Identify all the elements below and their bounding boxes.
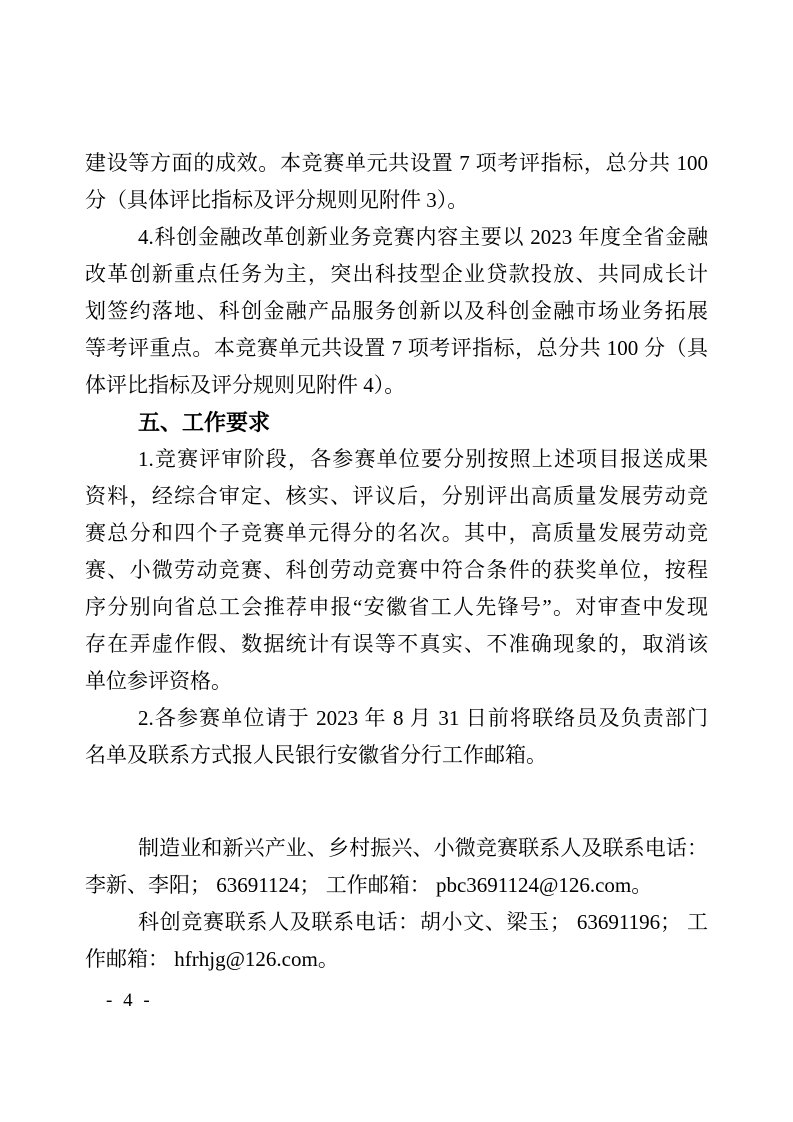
paragraph-spacer: [85, 774, 708, 830]
text-line: 划签约落地、科创金融产品服务创新以及科创金融市场业务拓展: [85, 293, 708, 330]
paragraph: 建设等方面的成效。本竞赛单元共设置 7 项考评指标，总分共 100分（具体评比指…: [85, 145, 708, 219]
paragraph: 科创竞赛联系人及联系电话：胡小文、梁玉； 63691196； 工作邮箱： hfr…: [85, 904, 708, 978]
text-line: 序分别向省总工会推荐申报“安徽省工人先锋号”。对审查中发现: [85, 589, 708, 626]
text-line: 4.科创金融改革创新业务竞赛内容主要以 2023 年度全省金融: [85, 219, 708, 256]
text-line: 作邮箱： hfrhjg@126.com。: [85, 941, 708, 978]
text-line: 存在弄虚作假、数据统计有误等不真实、不准确现象的，取消该: [85, 626, 708, 663]
section-heading: 五、工作要求: [85, 404, 708, 441]
text-line: 1.竞赛评审阶段，各参赛单位要分别按照上述项目报送成果: [85, 441, 708, 478]
text-line: 分（具体评比指标及评分规则见附件 3）。: [85, 182, 708, 219]
text-line: 名单及联系方式报人民银行安徽省分行工作邮箱。: [85, 737, 708, 774]
text-line: 等考评重点。本竞赛单元共设置 7 项考评指标，总分共 100 分（具: [85, 330, 708, 367]
paragraph: 制造业和新兴产业、乡村振兴、小微竞赛联系人及联系电话：李新、李阳； 636911…: [85, 830, 708, 904]
text-line: 2.各参赛单位请于 2023 年 8 月 31 日前将联络员及负责部门: [85, 700, 708, 737]
text-line: 单位参评资格。: [85, 663, 708, 700]
document-body: 建设等方面的成效。本竞赛单元共设置 7 项考评指标，总分共 100分（具体评比指…: [85, 145, 708, 978]
text-line: 李新、李阳； 63691124； 工作邮箱： pbc3691124@126.co…: [85, 867, 708, 904]
text-line: 五、工作要求: [85, 404, 708, 441]
text-line: 建设等方面的成效。本竞赛单元共设置 7 项考评指标，总分共 100: [85, 145, 708, 182]
paragraph: 2.各参赛单位请于 2023 年 8 月 31 日前将联络员及负责部门名单及联系…: [85, 700, 708, 774]
text-line: 科创竞赛联系人及联系电话：胡小文、梁玉； 63691196； 工: [85, 904, 708, 941]
text-line: 赛总分和四个子竞赛单元得分的名次。其中，高质量发展劳动竞: [85, 515, 708, 552]
document-page: 建设等方面的成效。本竞赛单元共设置 7 项考评指标，总分共 100分（具体评比指…: [0, 0, 793, 1122]
text-line: 制造业和新兴产业、乡村振兴、小微竞赛联系人及联系电话：: [85, 830, 708, 867]
paragraph: 1.竞赛评审阶段，各参赛单位要分别按照上述项目报送成果资料，经综合审定、核实、评…: [85, 441, 708, 700]
page-number: - 4 -: [106, 990, 153, 1012]
text-line: 资料，经综合审定、核实、评议后，分别评出高质量发展劳动竞: [85, 478, 708, 515]
text-line: 改革创新重点任务为主，突出科技型企业贷款投放、共同成长计: [85, 256, 708, 293]
text-line: 赛、小微劳动竞赛、科创劳动竞赛中符合条件的获奖单位，按程: [85, 552, 708, 589]
paragraph: 4.科创金融改革创新业务竞赛内容主要以 2023 年度全省金融改革创新重点任务为…: [85, 219, 708, 404]
text-line: 体评比指标及评分规则见附件 4）。: [85, 367, 708, 404]
